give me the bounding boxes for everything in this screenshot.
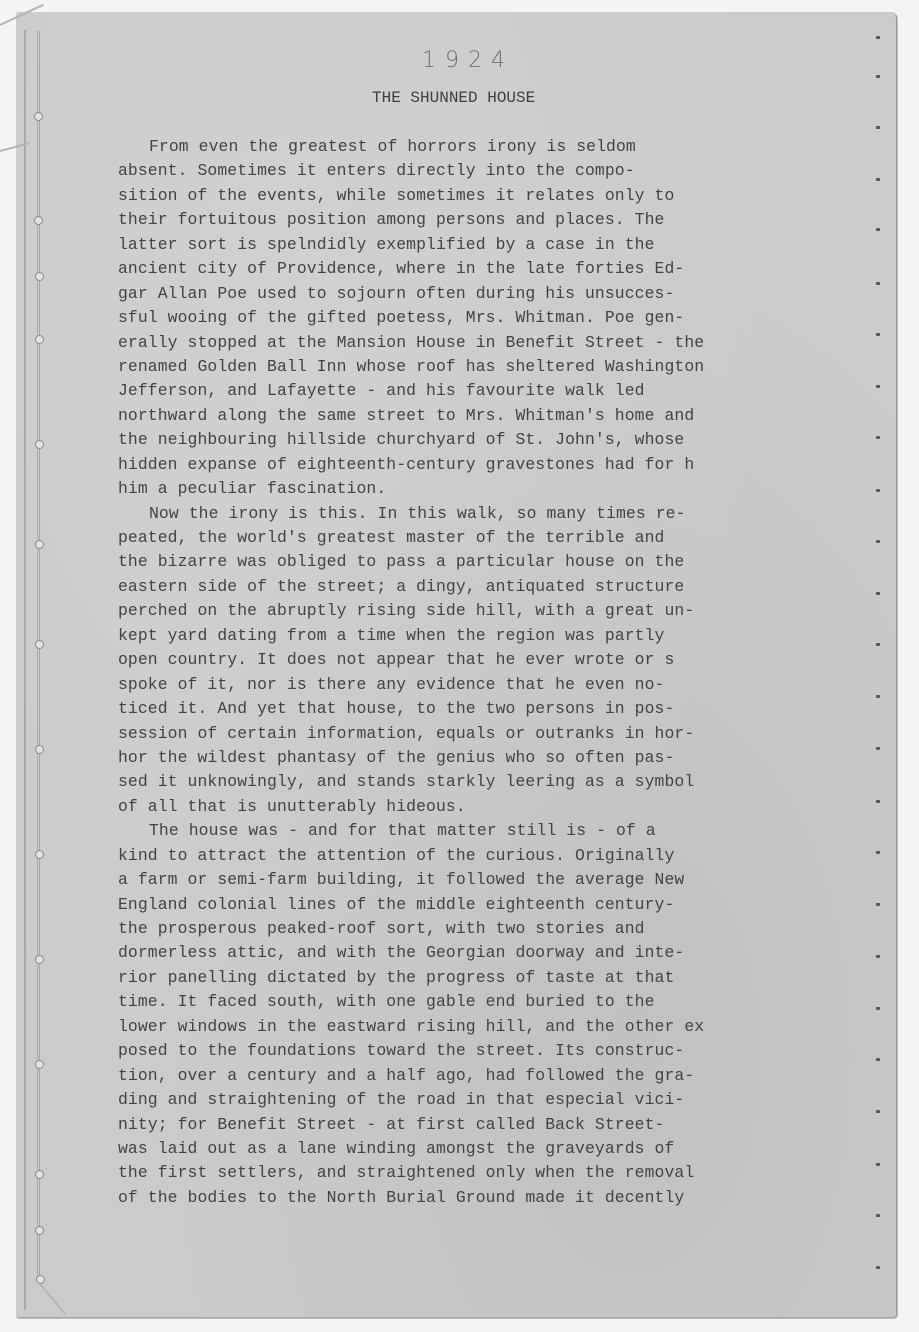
punch-mark bbox=[876, 643, 880, 646]
binding-knot bbox=[36, 1275, 45, 1284]
text-line: From even the greatest of horrors irony … bbox=[118, 135, 848, 159]
text-line: the bizarre was obliged to pass a partic… bbox=[118, 550, 848, 574]
binding-knot bbox=[35, 640, 44, 649]
binding-knot bbox=[35, 335, 44, 344]
typewritten-body: From even the greatest of horrors irony … bbox=[118, 135, 848, 1210]
punch-mark bbox=[876, 385, 880, 388]
binding-knot bbox=[35, 955, 44, 964]
binding-knot bbox=[35, 440, 44, 449]
text-line: The house was - and for that matter stil… bbox=[118, 819, 848, 843]
punch-mark bbox=[876, 36, 880, 39]
text-line: the prosperous peaked-roof sort, with tw… bbox=[118, 917, 848, 941]
punch-mark bbox=[876, 333, 880, 336]
punch-mark bbox=[876, 1007, 880, 1010]
text-line: renamed Golden Ball Inn whose roof has s… bbox=[118, 355, 848, 379]
text-line: erally stopped at the Mansion House in B… bbox=[118, 331, 848, 355]
year-annotation: 1924 bbox=[422, 48, 514, 73]
punch-mark bbox=[876, 851, 880, 854]
text-line: spoke of it, nor is there any evidence t… bbox=[118, 673, 848, 697]
text-line: northward along the same street to Mrs. … bbox=[118, 404, 848, 428]
document-title: THE SHUNNED HOUSE bbox=[372, 89, 535, 107]
text-line: the neighbouring hillside churchyard of … bbox=[118, 428, 848, 452]
text-line: lower windows in the eastward rising hil… bbox=[118, 1015, 848, 1039]
text-line: ding and straightening of the road in th… bbox=[118, 1088, 848, 1112]
punch-mark bbox=[876, 126, 880, 129]
text-line: kept yard dating from a time when the re… bbox=[118, 624, 848, 648]
punch-mark bbox=[876, 800, 880, 803]
text-line: open country. It does not appear that he… bbox=[118, 648, 848, 672]
text-line: their fortuitous position among persons … bbox=[118, 208, 848, 232]
punch-mark bbox=[876, 228, 880, 231]
text-line: perched on the abruptly rising side hill… bbox=[118, 599, 848, 623]
text-line: sed it unknowingly, and stands starkly l… bbox=[118, 770, 848, 794]
text-line: rior panelling dictated by the progress … bbox=[118, 966, 848, 990]
text-line: sition of the events, while sometimes it… bbox=[118, 184, 848, 208]
binding-knot bbox=[35, 850, 44, 859]
punch-mark bbox=[876, 178, 880, 181]
punch-mark bbox=[876, 1163, 880, 1166]
text-line: of the bodies to the North Burial Ground… bbox=[118, 1186, 848, 1210]
text-line: nity; for Benefit Street - at first call… bbox=[118, 1113, 848, 1137]
text-line: session of certain information, equals o… bbox=[118, 722, 848, 746]
text-line: latter sort is spelndidly exemplified by… bbox=[118, 233, 848, 257]
punch-mark bbox=[876, 489, 880, 492]
text-line: him a peculiar fascination. bbox=[118, 477, 848, 501]
punch-mark bbox=[876, 1214, 880, 1217]
text-line: gar Allan Poe used to sojourn often duri… bbox=[118, 282, 848, 306]
punch-mark bbox=[876, 747, 880, 750]
text-line: eastern side of the street; a dingy, ant… bbox=[118, 575, 848, 599]
text-line: dormerless attic, and with the Georgian … bbox=[118, 941, 848, 965]
text-line: absent. Sometimes it enters directly int… bbox=[118, 159, 848, 183]
text-line: peated, the world's greatest master of t… bbox=[118, 526, 848, 550]
binding-knot bbox=[35, 745, 44, 754]
punch-mark bbox=[876, 955, 880, 958]
binding-knot bbox=[35, 1060, 44, 1069]
text-line: hor the wildest phantasy of the genius w… bbox=[118, 746, 848, 770]
punch-mark bbox=[876, 1266, 880, 1269]
text-line: tion, over a century and a half ago, had… bbox=[118, 1064, 848, 1088]
punch-mark bbox=[876, 592, 880, 595]
text-line: posed to the foundations toward the stre… bbox=[118, 1039, 848, 1063]
text-line: Jefferson, and Lafayette - and his favou… bbox=[118, 379, 848, 403]
binding-knot bbox=[34, 216, 43, 225]
punch-mark bbox=[876, 1058, 880, 1061]
text-line: kind to attract the attention of the cur… bbox=[118, 844, 848, 868]
punch-mark bbox=[876, 75, 880, 78]
binding-knot bbox=[35, 272, 44, 281]
text-line: sful wooing of the gifted poetess, Mrs. … bbox=[118, 306, 848, 330]
text-line: time. It faced south, with one gable end… bbox=[118, 990, 848, 1014]
text-line: ticed it. And yet that house, to the two… bbox=[118, 697, 848, 721]
text-line: was laid out as a lane winding amongst t… bbox=[118, 1137, 848, 1161]
text-line: Now the irony is this. In this walk, so … bbox=[118, 502, 848, 526]
punch-mark bbox=[876, 695, 880, 698]
text-line: England colonial lines of the middle eig… bbox=[118, 893, 848, 917]
text-line: the first settlers, and straightened onl… bbox=[118, 1161, 848, 1185]
punch-mark bbox=[876, 903, 880, 906]
punch-mark bbox=[876, 436, 880, 439]
text-line: of all that is unutterably hideous. bbox=[118, 795, 848, 819]
punch-mark bbox=[876, 282, 880, 285]
text-line: hidden expanse of eighteenth-century gra… bbox=[118, 453, 848, 477]
text-line: ancient city of Providence, where in the… bbox=[118, 257, 848, 281]
punch-mark bbox=[876, 540, 880, 543]
punch-mark bbox=[876, 1110, 880, 1113]
binding-knot bbox=[35, 1170, 44, 1179]
binding-knot bbox=[34, 112, 43, 121]
binding-knot bbox=[35, 540, 44, 549]
text-line: a farm or semi-farm building, it followe… bbox=[118, 868, 848, 892]
binding-knot bbox=[35, 1226, 44, 1235]
